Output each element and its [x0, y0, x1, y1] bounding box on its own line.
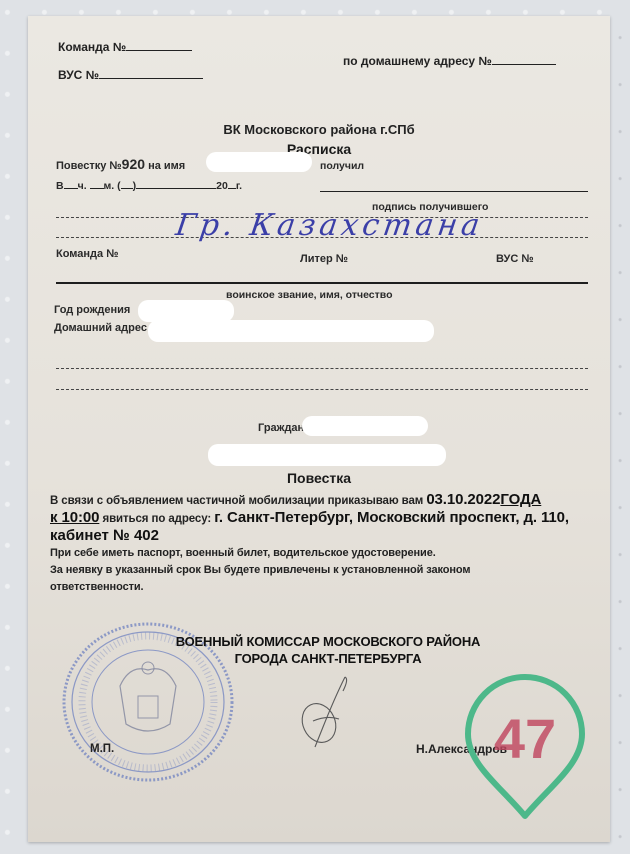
summons-title: Повестка — [28, 470, 610, 486]
home-address-label: Домашний адрес — [54, 322, 147, 334]
signature-line — [320, 191, 588, 192]
received-label: получил — [320, 160, 364, 172]
seal-place-label: М.П. — [90, 743, 114, 755]
redacted-citizen-details — [208, 444, 446, 466]
summons-line-2: к 10:00 явиться по адресу: г. Санкт-Пете… — [50, 509, 569, 526]
appearance-room: кабинет № 402 — [50, 527, 159, 544]
receipt-datetime-line: Вч. м. ()20г. — [56, 176, 242, 192]
redacted-citizen-name — [302, 416, 428, 436]
liability-note-2: ответственности. — [50, 581, 144, 593]
commissar-title-line-2: ГОРОДА САНКТ-ПЕТЕРБУРГА — [128, 651, 528, 666]
receipt-title: Расписка — [28, 141, 610, 157]
header-team-label: Команда № — [58, 40, 126, 54]
header-team-field: Команда № — [58, 38, 192, 54]
documents-note: При себе иметь паспорт, военный билет, в… — [50, 547, 436, 559]
watermark-logo: 47 — [460, 674, 590, 824]
appearance-address: г. Санкт-Петербург, Московский проспект,… — [214, 509, 569, 526]
receipt-team-label: Команда № — [56, 248, 118, 260]
military-office-title: ВК Московского района г.СПб — [28, 122, 610, 137]
handwritten-note: Гр. Казахстана — [174, 208, 486, 243]
watermark-number: 47 — [470, 706, 580, 771]
receipt-liter-label: Литер № — [300, 253, 348, 265]
header-vus-field: ВУС № — [58, 66, 203, 82]
rank-caption: воинское звание, имя, отчество — [226, 289, 393, 301]
receipt-vus-label: ВУС № — [496, 253, 534, 265]
summons-number: 920 — [122, 156, 145, 172]
redacted-birth-year — [138, 300, 234, 322]
header-vus-label: ВУС № — [58, 68, 99, 82]
redacted-name — [206, 152, 312, 172]
header-home-address-field: по домашнему адресу № — [343, 52, 556, 68]
redacted-address — [148, 320, 434, 342]
birth-year-label: Год рождения — [54, 304, 130, 316]
summons-line-1: В связи с объявлением частичной мобилиза… — [50, 491, 541, 508]
appearance-date: 03.10.2022 — [426, 491, 500, 508]
appearance-time: к 10:00 — [50, 509, 99, 526]
year-word: ГОДА — [500, 491, 541, 508]
commissar-title-line-1: ВОЕННЫЙ КОМИССАР МОСКОВСКОГО РАЙОНА — [128, 634, 528, 649]
receipt-summons-line: Повестку №920 на имя — [56, 156, 185, 172]
liability-note-1: За неявку в указанный срок Вы будете при… — [50, 564, 470, 576]
header-home-address-label: по домашнему адресу № — [343, 54, 492, 68]
handwritten-signature — [293, 671, 363, 751]
